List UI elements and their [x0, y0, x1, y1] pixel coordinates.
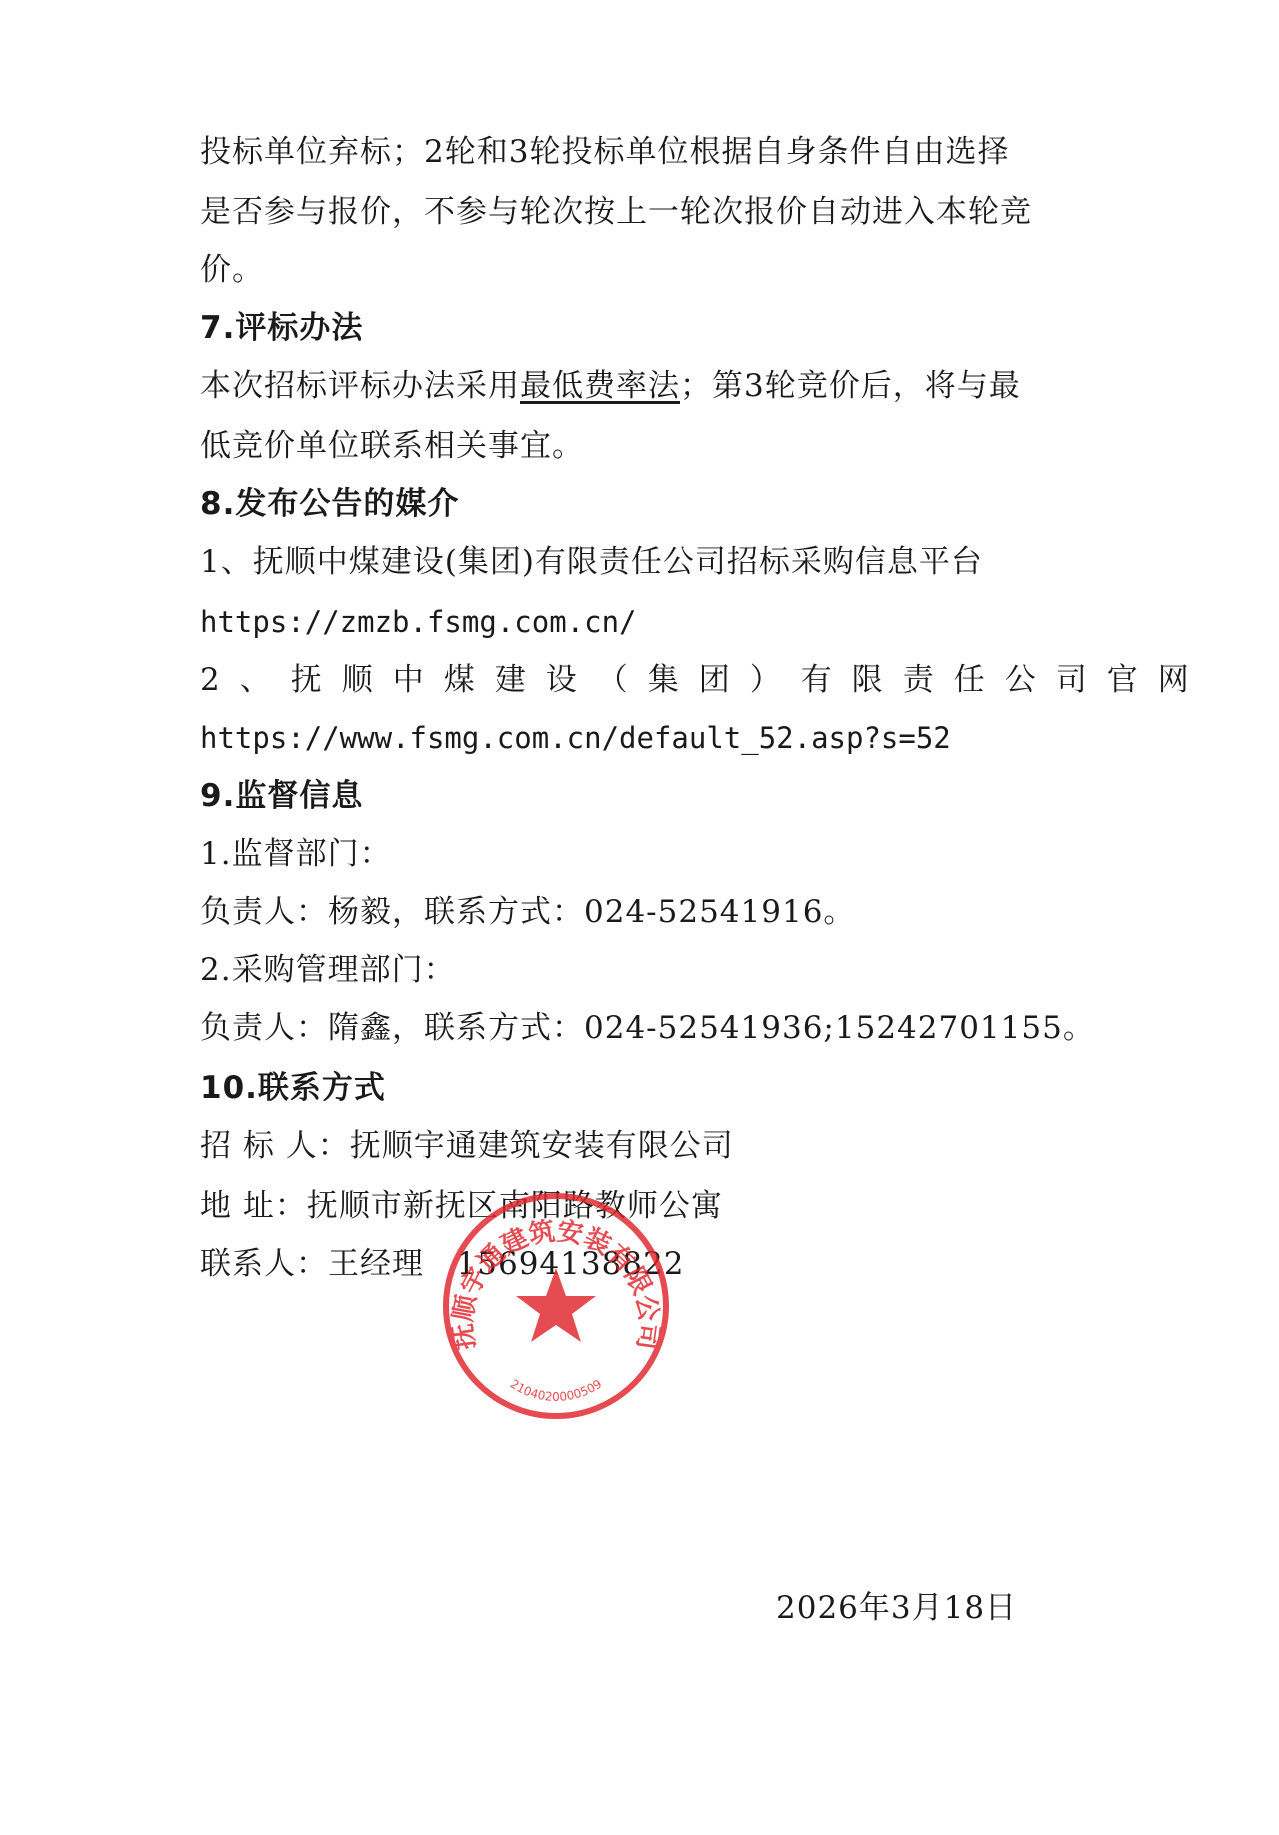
- evaluation-method-underlined: 最低费率法: [520, 368, 680, 404]
- document-page: 投标单位弃标；2轮和3轮投标单位根据自身条件自由选择 是否参与报价，不参与轮次按…: [0, 0, 1279, 1835]
- supervision-dept-label: 1.监督部门：: [200, 834, 392, 874]
- document-date: 2026年3月18日: [776, 1588, 1017, 1628]
- paragraph-line: 价。: [200, 250, 264, 290]
- section-heading-media: 8.发布公告的媒介: [200, 484, 459, 524]
- procurement-dept-label: 2.采购管理部门：: [200, 950, 456, 990]
- procurement-dept-contact: 负责人：隋鑫，联系方式：024-52541936;15242701155。: [200, 1008, 1095, 1048]
- address-line: 地 址：抚顺市新抚区南阳路教师公寓: [200, 1186, 723, 1226]
- media-item-2-label: 2、抚顺中煤建设（集团）有限责任公司官网: [200, 660, 1209, 700]
- seal-code: 2104020000509: [508, 1377, 605, 1404]
- supervision-dept-contact: 负责人：杨毅，联系方式：024-52541916。: [200, 892, 855, 932]
- evaluation-text-post: ；第3轮竞价后，将与最: [680, 368, 1021, 404]
- media-item-1-url[interactable]: https://zmzb.fsmg.com.cn/: [200, 602, 637, 642]
- evaluation-method-text-2: 低竞价单位联系相关事宜。: [200, 426, 584, 466]
- media-item-2-url[interactable]: https://www.fsmg.com.cn/default_52.asp?s…: [200, 718, 951, 758]
- evaluation-method-text: 本次招标评标办法采用最低费率法；第3轮竞价后，将与最: [200, 366, 1021, 406]
- section-heading-evaluation: 7.评标办法: [200, 308, 363, 348]
- section-heading-supervision: 9.监督信息: [200, 776, 363, 816]
- paragraph-line: 投标单位弃标；2轮和3轮投标单位根据自身条件自由选择: [200, 132, 1009, 172]
- svg-text:2104020000509: 2104020000509: [508, 1377, 605, 1404]
- section-heading-contact: 10.联系方式: [200, 1068, 386, 1108]
- tenderer-line: 招 标 人：抚顺宇通建筑安装有限公司: [200, 1126, 734, 1166]
- contact-person-line: 联系人：王经理 15694138822: [200, 1244, 685, 1284]
- paragraph-line: 是否参与报价，不参与轮次按上一轮次报价自动进入本轮竞: [200, 192, 1032, 232]
- media-item-1-label: 1、抚顺中煤建设(集团)有限责任公司招标采购信息平台: [200, 542, 983, 582]
- evaluation-text-pre: 本次招标评标办法采用: [200, 368, 520, 404]
